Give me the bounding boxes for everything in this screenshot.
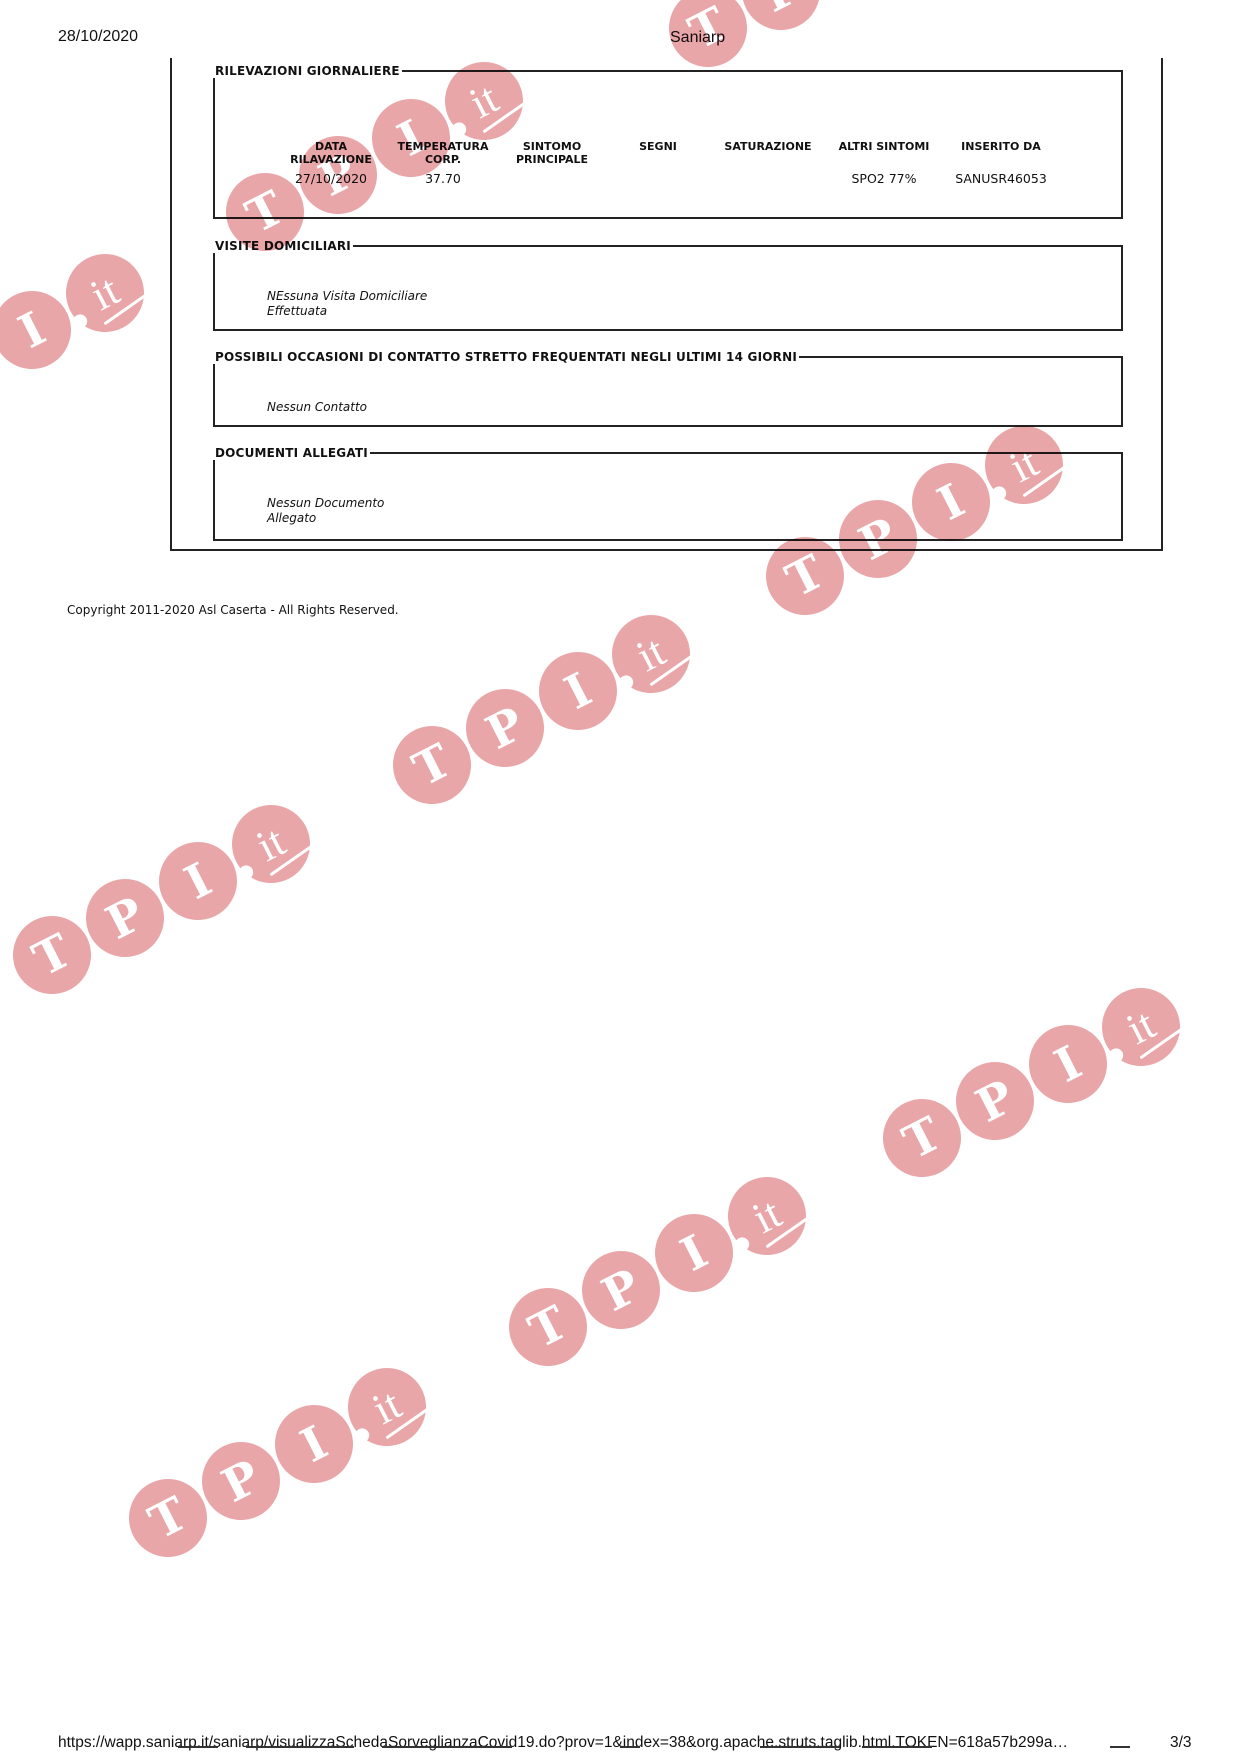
watermark-letter: it	[746, 1191, 788, 1241]
watermark-circle-it: it	[715, 1164, 820, 1269]
print-footer-url: https://wapp.saniarp.it/saniarp/visualiz…	[58, 1734, 1148, 1752]
column-header-data-rilevazione: DATARILAVAZIONE	[275, 140, 387, 166]
watermark-circle-t: T	[380, 713, 485, 818]
column-header-sintomo-principale: SINTOMOPRINCIPALE	[499, 140, 605, 166]
scan-line	[1110, 1746, 1130, 1748]
watermark-circle-i: I	[262, 1392, 367, 1497]
table-header-row: DATARILAVAZIONE TEMPERATURACORP. SINTOMO…	[275, 140, 1059, 166]
section-contatti-stretti: POSSIBILI OCCASIONI DI CONTATTO STRETTO …	[213, 350, 1123, 427]
watermark-circle-p: P	[189, 1429, 294, 1534]
watermark-letter: T	[142, 1490, 193, 1547]
watermark-circle-t: T	[0, 903, 104, 1008]
column-header-inserito-da: INSERITO DA	[943, 140, 1059, 166]
watermark-letter: I	[178, 856, 218, 907]
watermark-letter: P	[479, 700, 531, 757]
watermark-letter: T	[26, 927, 77, 984]
scan-line	[620, 1746, 640, 1748]
section-visite-domiciliari: VISITE DOMICILIARI NEssuna Visita Domici…	[213, 239, 1123, 331]
cell-inserito-da: SANUSR46053	[943, 166, 1059, 186]
watermark-circle-it: it	[53, 241, 158, 346]
watermark-circle-p: P	[453, 676, 558, 781]
watermark-letter: P	[215, 1453, 267, 1510]
print-footer-page-number: 3/3	[1170, 1734, 1192, 1752]
watermark-letter: T	[896, 1110, 947, 1167]
print-header-title: Saniarp	[670, 29, 725, 47]
watermark-letter: P	[755, 0, 807, 19]
scan-line	[246, 1746, 354, 1748]
watermark-letter: P	[99, 890, 151, 947]
watermark-circle-p: P	[73, 866, 178, 971]
section-title: RILEVAZIONI GIORNALIERE	[213, 64, 402, 78]
watermark-circle-it: it	[1089, 975, 1194, 1080]
cell-temperatura: 37.70	[387, 166, 499, 186]
section-title: POSSIBILI OCCASIONI DI CONTATTO STRETTO …	[213, 350, 799, 364]
watermark-circle-p: P	[569, 1238, 674, 1343]
section-documenti-allegati: DOCUMENTI ALLEGATI Nessun Documento Alle…	[213, 446, 1123, 541]
watermark-letter: I	[558, 666, 598, 717]
column-header-saturazione: SATURAZIONE	[711, 140, 825, 166]
watermark-circle-p: P	[729, 0, 834, 43]
watermark-circle-i: I	[1016, 1012, 1121, 1117]
empty-state-text: Nessun Contatto	[267, 400, 567, 415]
watermark-circle-i: I	[146, 829, 251, 934]
cell-altri-sintomi: SPO2 77%	[825, 166, 943, 186]
watermark-letter: I	[674, 1228, 714, 1279]
watermark-letter: I	[12, 305, 52, 356]
column-header-altri-sintomi: ALTRI SINTOMI	[825, 140, 943, 166]
watermark-letter: I	[1048, 1039, 1088, 1090]
scan-line	[382, 1746, 512, 1748]
rilevazioni-table: DATARILAVAZIONE TEMPERATURACORP. SINTOMO…	[275, 140, 1059, 186]
watermark-circle-t: T	[116, 1466, 221, 1571]
cell-data-rilevazione: 27/10/2020	[275, 166, 387, 186]
scan-line	[862, 1746, 932, 1748]
watermark-circle-i: I	[526, 639, 631, 744]
cell-saturazione	[711, 166, 825, 186]
watermark-letter: P	[969, 1073, 1021, 1130]
table-row: 27/10/2020 37.70 SPO2 77% SANUSR46053	[275, 166, 1059, 186]
watermark-circle-p: P	[943, 1049, 1048, 1154]
watermark-circle-t: T	[496, 1275, 601, 1380]
watermark-circle-i: I	[0, 278, 84, 383]
section-rilevazioni-giornaliere: RILEVAZIONI GIORNALIERE DATARILAVAZIONE …	[213, 64, 1123, 219]
watermark-letter: I	[294, 1419, 334, 1470]
section-title: VISITE DOMICILIARI	[213, 239, 353, 253]
empty-state-text: NEssuna Visita Domiciliare Effettuata	[267, 289, 467, 319]
watermark-letter: it	[1120, 1002, 1162, 1052]
watermark-circle-it: it	[335, 1355, 440, 1460]
section-title: DOCUMENTI ALLEGATI	[213, 446, 370, 460]
watermark-circle-it: it	[599, 602, 704, 707]
scan-line	[760, 1746, 840, 1748]
watermark-letter: it	[84, 268, 126, 318]
column-header-temperatura: TEMPERATURACORP.	[387, 140, 499, 166]
cell-segni	[605, 166, 711, 186]
watermark-letter: T	[522, 1299, 573, 1356]
watermark-letter: P	[595, 1262, 647, 1319]
scan-line	[178, 1746, 218, 1748]
watermark-circle-t: T	[870, 1086, 975, 1191]
empty-state-text: Nessun Documento Allegato	[267, 496, 417, 526]
watermark-circle-it: it	[219, 792, 324, 897]
watermark-letter: it	[250, 819, 292, 869]
column-header-segni: SEGNI	[605, 140, 711, 166]
cell-sintomo-principale	[499, 166, 605, 186]
print-header-date: 28/10/2020	[58, 28, 138, 46]
watermark-letter: T	[779, 548, 830, 605]
watermark-letter: T	[406, 737, 457, 794]
watermark-letter: it	[630, 629, 672, 679]
copyright-notice: Copyright 2011-2020 Asl Caserta - All Ri…	[67, 603, 399, 617]
watermark-circle-i: I	[642, 1201, 747, 1306]
watermark-letter: it	[366, 1382, 408, 1432]
